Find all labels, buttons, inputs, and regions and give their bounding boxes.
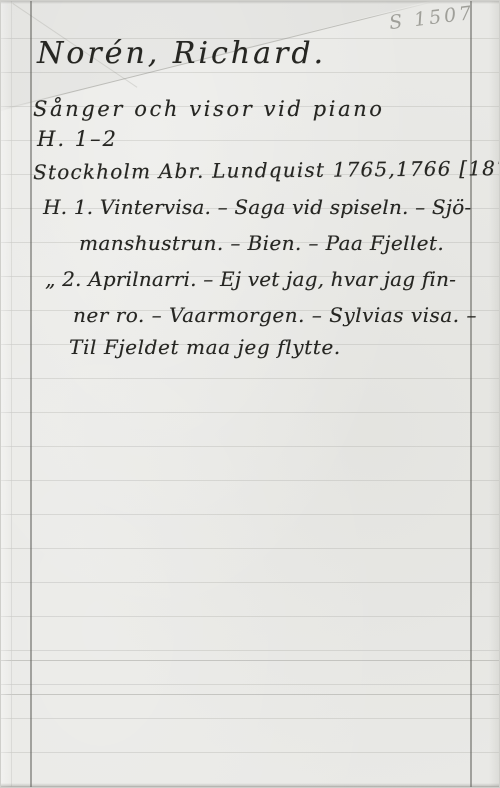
paper-edge-top bbox=[1, 1, 499, 4]
paper-edge-right bbox=[489, 1, 499, 787]
paper-edge-left bbox=[1, 1, 12, 787]
contents-line-1: H. 1. Vintervisa. – Saga vid spiseln. – … bbox=[43, 196, 471, 218]
work-title: Sånger och visor vid piano bbox=[33, 98, 384, 121]
imprint-line: Stockholm Abr. Lundquist 1765,1766 [1879… bbox=[33, 157, 500, 183]
margin-rule-right bbox=[470, 1, 472, 787]
ruled-line-strong bbox=[1, 694, 500, 695]
paper-edge-bottom bbox=[1, 783, 499, 787]
catalog-card-scan: S 1507 Norén, Richard. Sånger och visor … bbox=[0, 0, 500, 788]
ruled-line-strong bbox=[1, 660, 500, 661]
contents-line-5: Til Fjeldet maa jeg flytte. bbox=[69, 336, 341, 358]
volume-range: H. 1–2 bbox=[37, 128, 118, 151]
contents-line-3: „ 2. Aprilnarri. – Ej vet jag, hvar jag … bbox=[45, 268, 456, 290]
contents-line-2: manshustrun. – Bien. – Paa Fjellet. bbox=[79, 232, 444, 254]
margin-rule-left bbox=[30, 1, 32, 787]
author-heading: Norén, Richard. bbox=[37, 37, 326, 70]
contents-line-4: ner ro. – Vaarmorgen. – Sylvias visa. – bbox=[73, 304, 477, 326]
